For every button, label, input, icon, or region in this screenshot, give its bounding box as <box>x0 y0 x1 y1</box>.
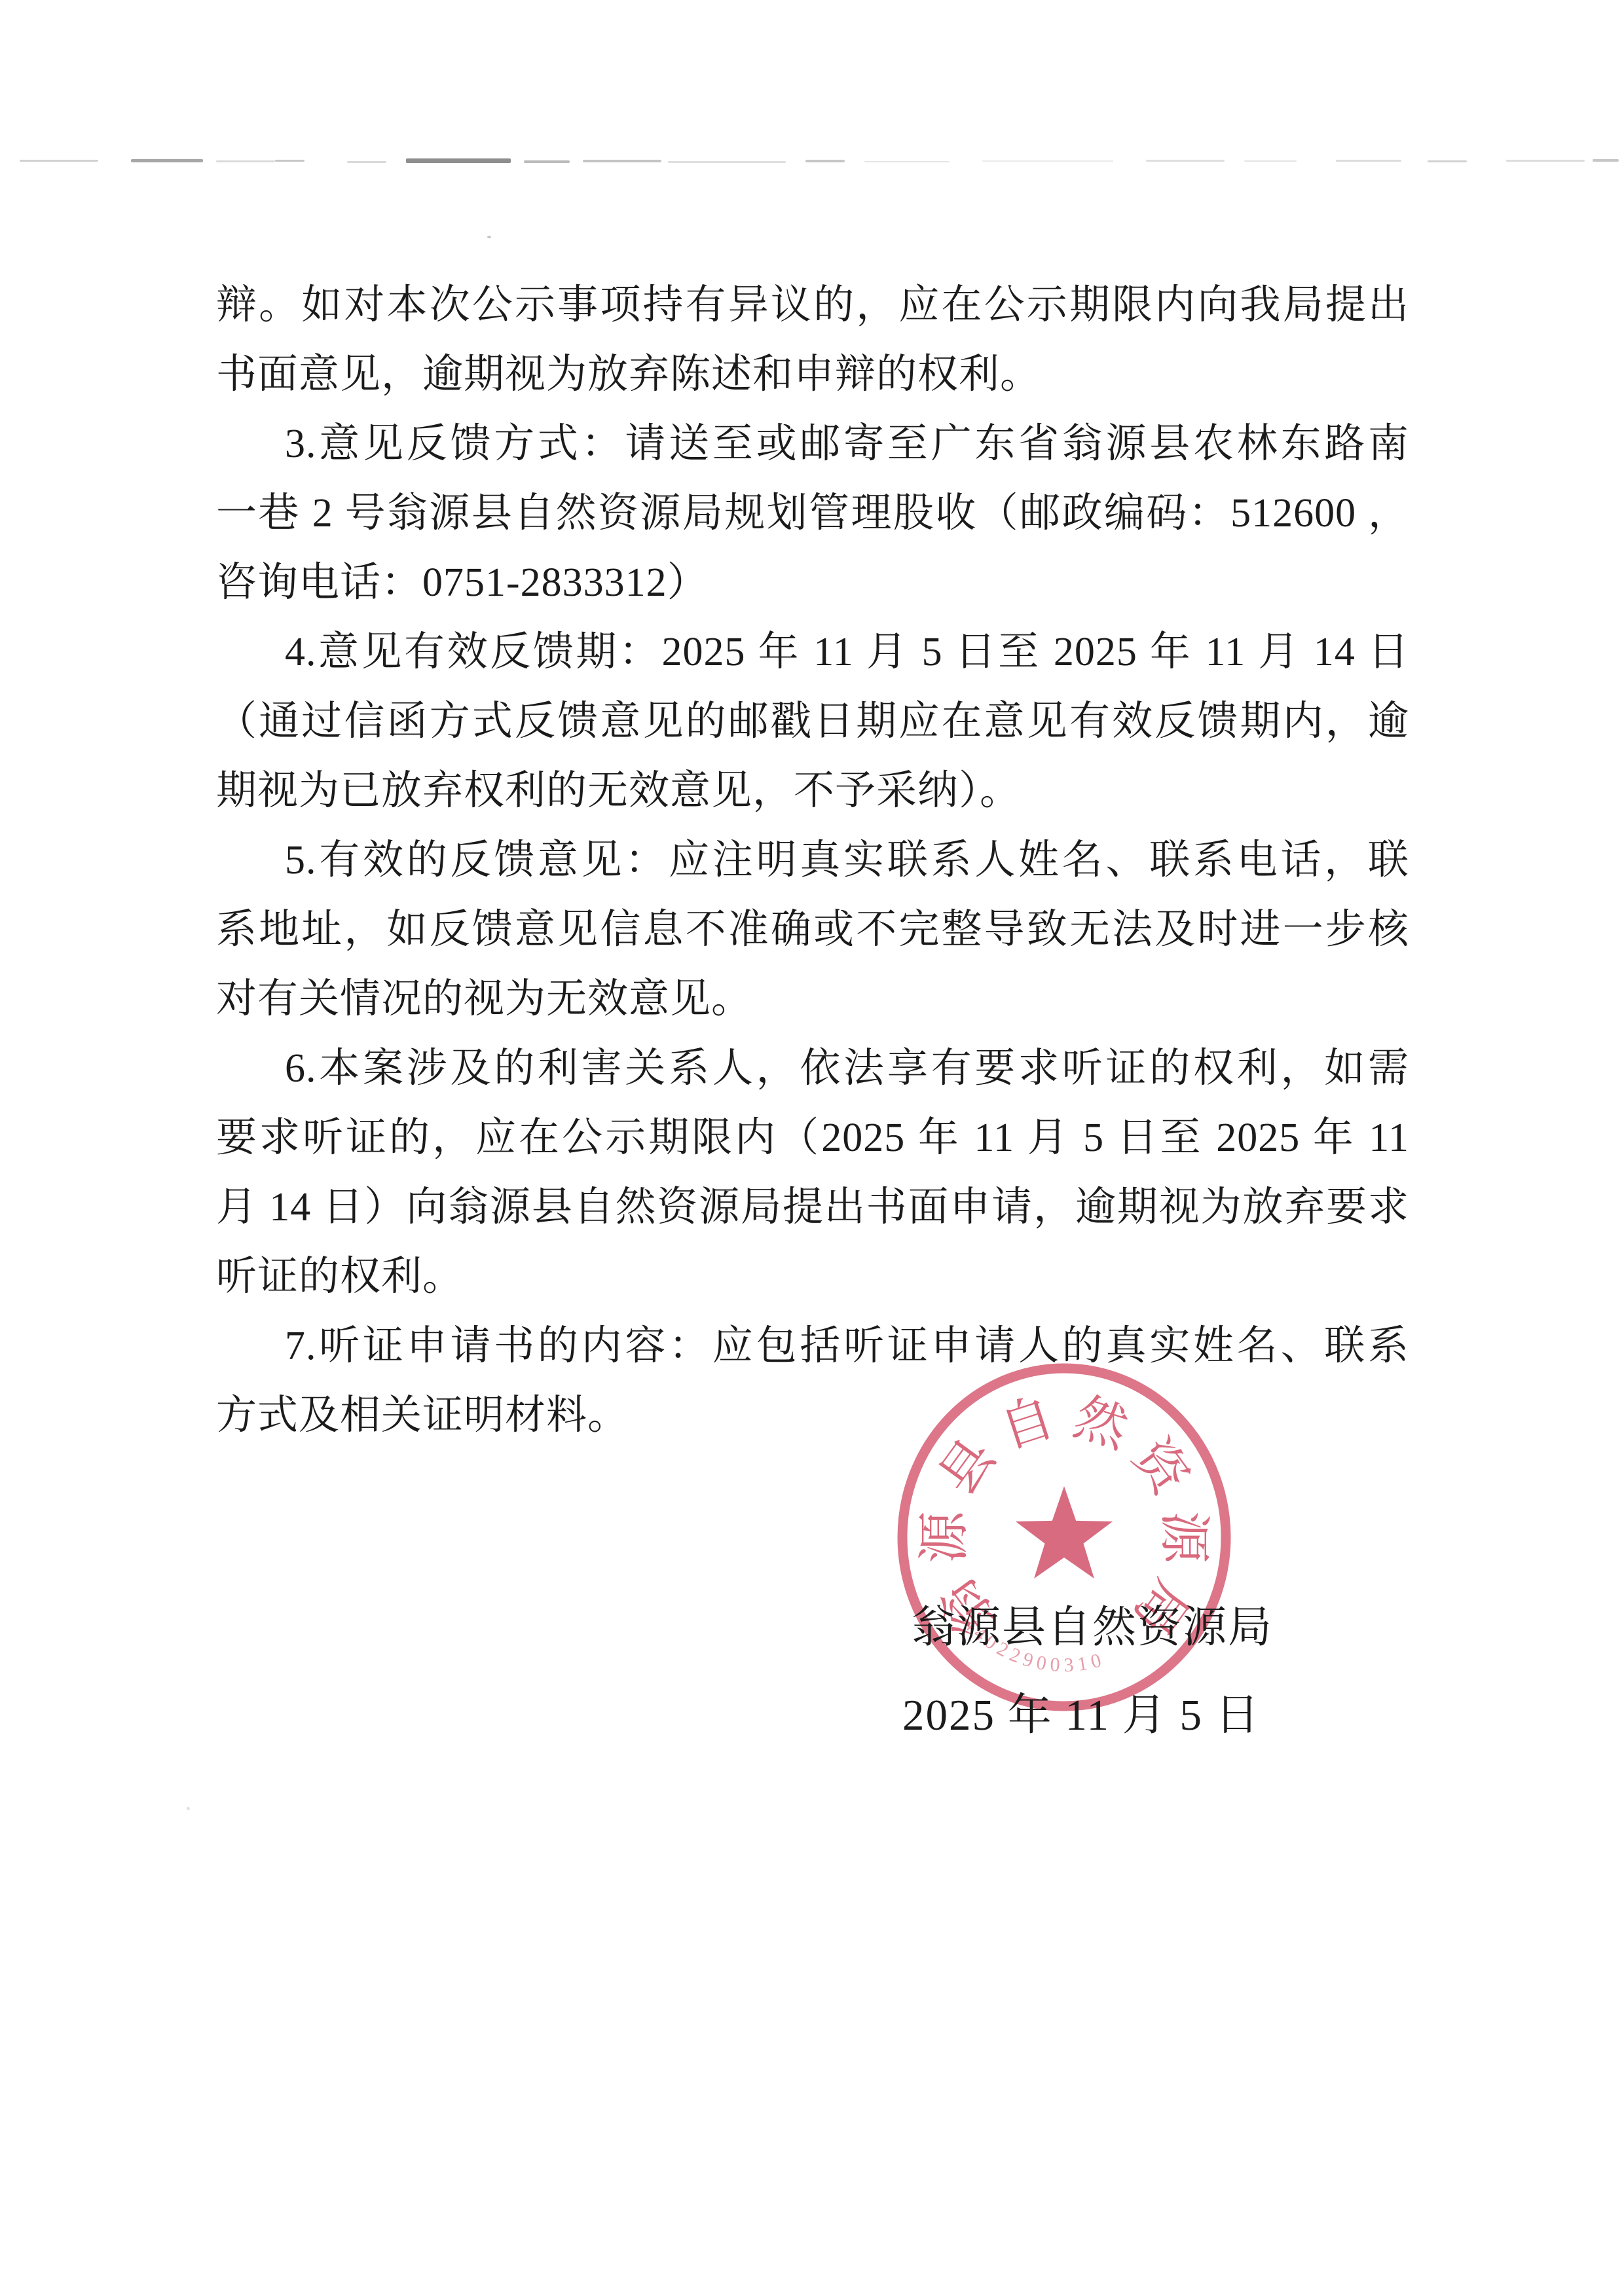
body-line: 听证的权利。 <box>216 1242 1409 1311</box>
scan-artifact-streak <box>1244 160 1297 162</box>
scan-artifact-streak <box>1593 159 1619 162</box>
scan-artifact-streak <box>1506 160 1585 162</box>
scan-artifact-streak <box>1146 160 1225 162</box>
scan-artifact-streak <box>524 160 570 163</box>
scan-artifact-streak <box>1428 160 1467 162</box>
official-seal: 翁 源 县 自 然 资 源 局 44022900310 <box>871 1347 1264 1727</box>
scanned-document-page: 辩。如对本次公示事项持有异议的，应在公示期限内向我局提出 书面意见，逾期视为放弃… <box>0 0 1624 2296</box>
signature-date: 2025 年 11 月 5 日 <box>902 1680 1261 1743</box>
body-line: 系地址，如反馈意见信息不准确或不完整导致无法及时进一步核 <box>216 895 1409 964</box>
seal-char: 县 <box>929 1429 1006 1505</box>
body-line: 6.本案涉及的利害关系人，依法享有要求听证的权利，如需 <box>216 1034 1409 1103</box>
body-line: 书面意见，逾期视为放弃陈述和申辩的权利。 <box>216 340 1409 409</box>
body-line: （通过信函方式反馈意见的邮戳日期应在意见有效反馈期内，逾 <box>216 687 1409 756</box>
seal-char: 源 <box>1154 1511 1212 1565</box>
seal-char: 源 <box>916 1510 974 1563</box>
seal-char: 自 <box>993 1389 1061 1459</box>
seal-star-icon <box>1016 1486 1113 1578</box>
seal-char: 然 <box>1067 1389 1135 1460</box>
body-line: 4.意见有效反馈期：2025 年 11 月 5 日至 2025 年 11 月 1… <box>216 617 1409 687</box>
body-line: 咨询电话：0751-2833312） <box>216 548 1409 617</box>
seal-char: 资 <box>1122 1429 1200 1506</box>
scan-artifact-streak <box>347 161 386 163</box>
scan-artifact-speck <box>187 1807 190 1810</box>
scan-artifact-speck <box>487 236 491 238</box>
scan-artifact-streak <box>216 160 275 162</box>
body-line: 要求听证的，应在公示期限内（2025 年 11 月 5 日至 2025 年 11 <box>216 1103 1409 1173</box>
scan-artifact-streak <box>131 159 203 162</box>
signature-agency: 翁源县自然资源局 <box>912 1592 1273 1655</box>
scan-artifact-streak <box>805 160 845 162</box>
body-line: 期视为已放弃权利的无效意见，不予采纳）。 <box>216 756 1409 826</box>
scan-artifact-streak <box>668 161 786 163</box>
scan-artifact-streak <box>583 160 661 162</box>
body-line: 5.有效的反馈意见：应注明真实联系人姓名、联系电话，联 <box>216 826 1409 895</box>
body-line: 辩。如对本次公示事项持有异议的，应在公示期限内向我局提出 <box>216 270 1409 340</box>
scan-artifact-streak <box>275 160 304 162</box>
body-line: 一巷 2 号翁源县自然资源局规划管理股收（邮政编码：512600 ， <box>216 479 1409 548</box>
body-line: 对有关情况的视为无效意见。 <box>216 964 1409 1034</box>
scan-artifact-streak <box>406 158 511 163</box>
scan-artifact-streak <box>20 160 98 162</box>
body-line: 月 14 日）向翁源县自然资源局提出书面申请，逾期视为放弃要求 <box>216 1173 1409 1242</box>
scan-artifact-streak <box>1336 160 1401 162</box>
body-line: 3.意见反馈方式：请送至或邮寄至广东省翁源县农林东路南 <box>216 409 1409 479</box>
scan-artifact-streak <box>864 161 950 162</box>
scan-artifact-streak <box>982 160 1113 162</box>
document-body: 辩。如对本次公示事项持有异议的，应在公示期限内向我局提出 书面意见，逾期视为放弃… <box>216 270 1409 1450</box>
